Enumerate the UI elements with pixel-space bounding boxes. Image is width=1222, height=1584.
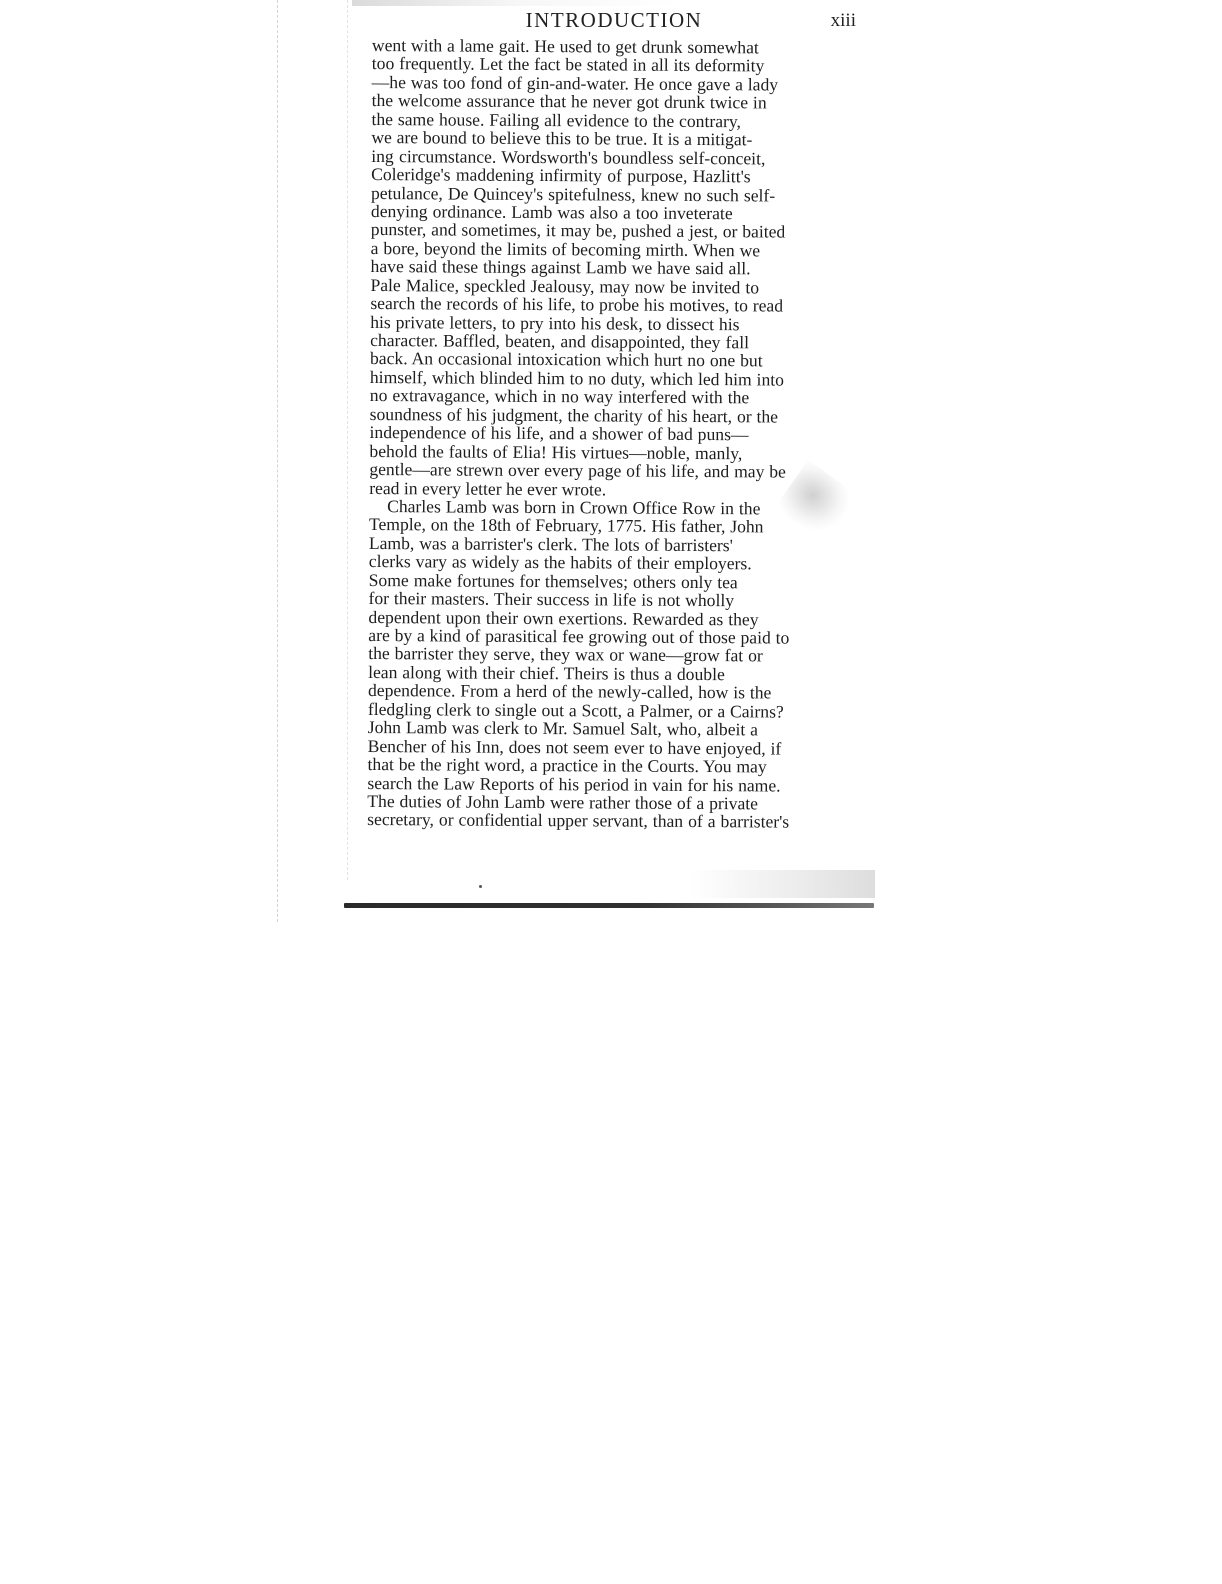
running-head: INTRODUCTION xiii	[372, 8, 856, 36]
scan-smudge-top	[352, 0, 682, 6]
page-inner-edge	[347, 0, 348, 880]
body-text: went with a lame gait. He used to get dr…	[367, 36, 856, 832]
scan-speckle-bottom	[690, 870, 875, 898]
page-gutter-line	[277, 0, 278, 922]
scan-dot	[479, 885, 482, 888]
text-line: secretary, or confidential upper servant…	[367, 810, 851, 831]
page-number: xiii	[831, 10, 856, 32]
running-title: INTRODUCTION	[372, 8, 856, 33]
book-page: INTRODUCTION xiii went with a lame gait.…	[372, 8, 856, 829]
page-bottom-edge	[344, 903, 874, 908]
